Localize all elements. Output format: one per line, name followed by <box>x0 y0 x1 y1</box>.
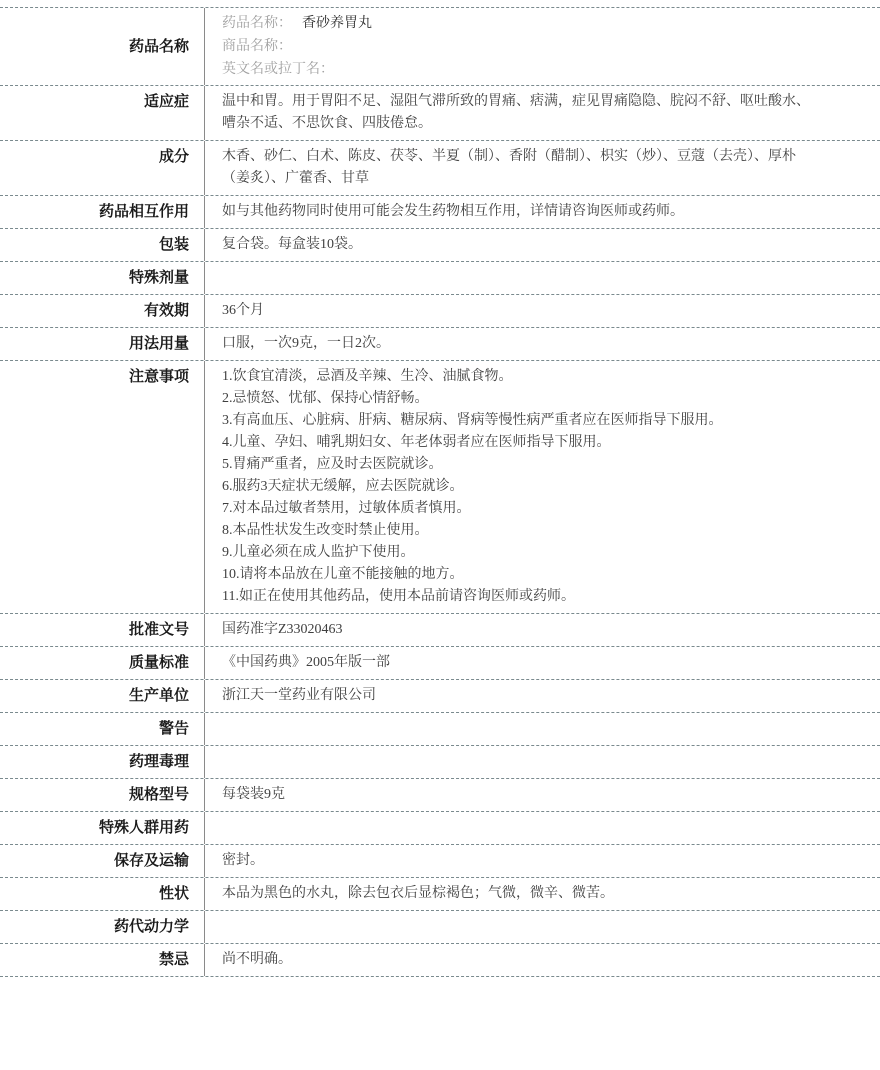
row-content: 温中和胃。用于胃阳不足、湿阻气滞所致的胃痛、痞满，症见胃痛隐隐、脘闷不舒、呕吐酸… <box>205 86 880 140</box>
precaution-item: 3.有高血压、心脏病、肝病、糖尿病、肾病等慢性病严重者应在医师指导下服用。 <box>222 410 820 432</box>
table-row-quality-standard: 质量标准 《中国药典》2005年版一部 <box>0 647 880 680</box>
drug-info-page: 药品名称 药品名称：香砂养胃丸 商品名称： 英文名或拉丁名： 适应症 温中和胃。… <box>0 0 880 1070</box>
row-label: 质量标准 <box>0 647 205 679</box>
row-label: 药品名称 <box>0 8 205 85</box>
row-label: 药代动力学 <box>0 911 205 943</box>
table-row-description: 性状 本品为黑色的水丸，除去包衣后显棕褐色；气微，微辛、微苦。 <box>0 878 880 911</box>
row-label: 有效期 <box>0 295 205 327</box>
drug-name-row: 药品名称 药品名称：香砂养胃丸 商品名称： 英文名或拉丁名： <box>0 8 880 86</box>
row-content: 如与其他药物同时使用可能会发生药物相互作用，详情请咨询医师或药师。 <box>205 196 880 228</box>
row-content <box>205 812 880 844</box>
table-row-pharmacology-toxicology: 药理毒理 <box>0 746 880 779</box>
table-row-ingredients: 成分 木香、砂仁、白术、陈皮、茯苓、半夏（制）、香附（醋制）、枳实（炒）、豆蔻（… <box>0 141 880 196</box>
precaution-item: 9.儿童必须在成人监护下使用。 <box>222 542 820 564</box>
table-row-contraindications: 禁忌 尚不明确。 <box>0 944 880 977</box>
row-content <box>205 262 880 294</box>
table-row-storage-transport: 保存及运输 密封。 <box>0 845 880 878</box>
row-content: 木香、砂仁、白术、陈皮、茯苓、半夏（制）、香附（醋制）、枳实（炒）、豆蔻（去壳）… <box>205 141 880 195</box>
row-label: 警告 <box>0 713 205 745</box>
precaution-item: 11.如正在使用其他药品，使用本品前请咨询医师或药师。 <box>222 586 820 608</box>
row-content: 口服，一次9克，一日2次。 <box>205 328 880 360</box>
trade-name-field: 商品名称： <box>222 35 820 58</box>
table-row-approval-number: 批准文号 国药准字Z33020463 <box>0 614 880 647</box>
table-row-special-populations: 特殊人群用药 <box>0 812 880 845</box>
row-label: 保存及运输 <box>0 845 205 877</box>
row-label: 批准文号 <box>0 614 205 646</box>
precaution-item: 4.儿童、孕妇、哺乳期妇女、年老体弱者应在医师指导下服用。 <box>222 432 820 454</box>
precaution-item: 5.胃痛严重者，应及时去医院就诊。 <box>222 454 820 476</box>
row-content <box>205 911 880 943</box>
row-label: 药理毒理 <box>0 746 205 778</box>
row-label: 生产单位 <box>0 680 205 712</box>
drug-name-field: 药品名称：香砂养胃丸 <box>222 12 820 35</box>
row-content: 36个月 <box>205 295 880 327</box>
precaution-item: 10.请将本品放在儿童不能接触的地方。 <box>222 564 820 586</box>
table-row-pharmacokinetics: 药代动力学 <box>0 911 880 944</box>
field-key: 商品名称： <box>222 39 292 54</box>
table-row-special-dosage: 特殊剂量 <box>0 262 880 295</box>
row-content <box>205 713 880 745</box>
row-label: 包装 <box>0 229 205 261</box>
field-value: 香砂养胃丸 <box>302 16 372 31</box>
table-row-indications: 适应症 温中和胃。用于胃阳不足、湿阻气滞所致的胃痛、痞满，症见胃痛隐隐、脘闷不舒… <box>0 86 880 141</box>
table-row-manufacturer: 生产单位 浙江天一堂药业有限公司 <box>0 680 880 713</box>
row-content: 药品名称：香砂养胃丸 商品名称： 英文名或拉丁名： <box>205 8 880 85</box>
precaution-item: 8.本品性状发生改变时禁止使用。 <box>222 520 820 542</box>
row-label: 适应症 <box>0 86 205 140</box>
drug-info-table: 药品名称 药品名称：香砂养胃丸 商品名称： 英文名或拉丁名： 适应症 温中和胃。… <box>0 7 880 977</box>
row-label: 规格型号 <box>0 779 205 811</box>
row-label: 禁忌 <box>0 944 205 976</box>
row-label: 药品相互作用 <box>0 196 205 228</box>
table-row-dosage-usage: 用法用量 口服，一次9克，一日2次。 <box>0 328 880 361</box>
row-content: 密封。 <box>205 845 880 877</box>
row-content: 每袋装9克 <box>205 779 880 811</box>
row-label: 性状 <box>0 878 205 910</box>
table-row-precautions: 注意事项 1.饮食宜清淡，忌酒及辛辣、生冷、油腻食物。 2.忌愤怒、忧郁、保持心… <box>0 361 880 614</box>
row-content: 尚不明确。 <box>205 944 880 976</box>
precaution-item: 6.服药3天症状无缓解，应去医院就诊。 <box>222 476 820 498</box>
precaution-item: 7.对本品过敏者禁用，过敏体质者慎用。 <box>222 498 820 520</box>
table-row-specification: 规格型号 每袋装9克 <box>0 779 880 812</box>
field-key: 药品名称： <box>222 16 292 31</box>
latin-name-field: 英文名或拉丁名： <box>222 58 820 81</box>
row-label: 用法用量 <box>0 328 205 360</box>
row-content: 《中国药典》2005年版一部 <box>205 647 880 679</box>
row-content: 浙江天一堂药业有限公司 <box>205 680 880 712</box>
row-content: 1.饮食宜清淡，忌酒及辛辣、生冷、油腻食物。 2.忌愤怒、忧郁、保持心情舒畅。 … <box>205 361 880 613</box>
table-row-shelf-life: 有效期 36个月 <box>0 295 880 328</box>
field-key: 英文名或拉丁名： <box>222 62 334 77</box>
precaution-item: 2.忌愤怒、忧郁、保持心情舒畅。 <box>222 388 820 410</box>
table-row-interactions: 药品相互作用 如与其他药物同时使用可能会发生药物相互作用，详情请咨询医师或药师。 <box>0 196 880 229</box>
row-label: 成分 <box>0 141 205 195</box>
row-label: 注意事项 <box>0 361 205 613</box>
row-content <box>205 746 880 778</box>
table-row-packaging: 包装 复合袋。每盒装10袋。 <box>0 229 880 262</box>
precaution-item: 1.饮食宜清淡，忌酒及辛辣、生冷、油腻食物。 <box>222 366 820 388</box>
row-label: 特殊剂量 <box>0 262 205 294</box>
table-row-warning: 警告 <box>0 713 880 746</box>
row-content: 国药准字Z33020463 <box>205 614 880 646</box>
row-content: 本品为黑色的水丸，除去包衣后显棕褐色；气微，微辛、微苦。 <box>205 878 880 910</box>
row-label: 特殊人群用药 <box>0 812 205 844</box>
row-content: 复合袋。每盒装10袋。 <box>205 229 880 261</box>
